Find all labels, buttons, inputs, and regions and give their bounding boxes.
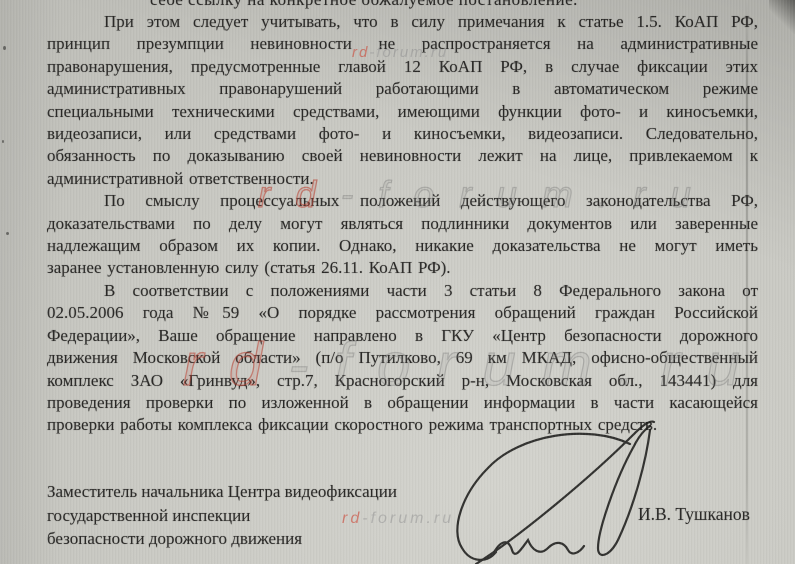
text-line: проведения проверки по изложенной в обра… (47, 392, 758, 414)
text-line: видеозаписи, или средствами фото- и кино… (47, 123, 758, 145)
position-line: безопасности дорожного движения (47, 527, 397, 551)
document-body: При этом следует учитывать, что в силу п… (47, 11, 758, 437)
text-line: специальными техническими средствами, им… (47, 101, 758, 123)
signature-position-block: Заместитель начальника Центра видеофикса… (47, 480, 397, 551)
text-line: принцип презумпции невиновности не распр… (47, 33, 758, 55)
text-line: 02.05.2006 года №59 «О порядке рассмотре… (47, 302, 758, 324)
clipped-top-line: себе ссылку на конкретное обжалуемое пос… (150, 0, 578, 10)
paragraph: При этом следует учитывать, что в силу п… (47, 11, 758, 190)
text-line: правонарушения, предусмотренные главой 1… (47, 56, 758, 78)
text-line: обязанность по доказыванию своей невинов… (47, 145, 758, 167)
text-line: При этом следует учитывать, что в силу п… (47, 11, 758, 33)
handwritten-signature (438, 412, 678, 564)
text-line: надлежащим образом их копии. Однако, ник… (47, 235, 758, 257)
dust-speck (3, 46, 6, 50)
text-line: административных правонарушений работающ… (47, 78, 758, 100)
dust-speck (6, 232, 9, 235)
text-line: движения Московской области» (п/о Путилк… (47, 347, 758, 369)
document-photo: себе ссылку на конкретное обжалуемое пос… (0, 0, 795, 564)
text-line: доказательствами по делу могут являться … (47, 213, 758, 235)
position-line: Заместитель начальника Центра видеофикса… (47, 480, 397, 504)
text-line: комплекс ЗАО «Гринвуд», стр.7, Красногор… (47, 370, 758, 392)
paper-crease-line (746, 0, 748, 564)
photo-corner-shadow (769, 0, 795, 34)
dust-speck (2, 140, 4, 143)
text-line: административной ответственности. (47, 168, 758, 190)
text-line: В соответствии с положениями части 3 ста… (47, 280, 758, 302)
text-line: заранее установленную силу (статья 26.11… (47, 257, 758, 279)
text-line: По смыслу процессуальных положений дейст… (47, 190, 758, 212)
position-line: государственной инспекции (47, 504, 397, 528)
paragraph: По смыслу процессуальных положений дейст… (47, 190, 758, 280)
text-line: Федерации», Ваше обращение направлено в … (47, 325, 758, 347)
